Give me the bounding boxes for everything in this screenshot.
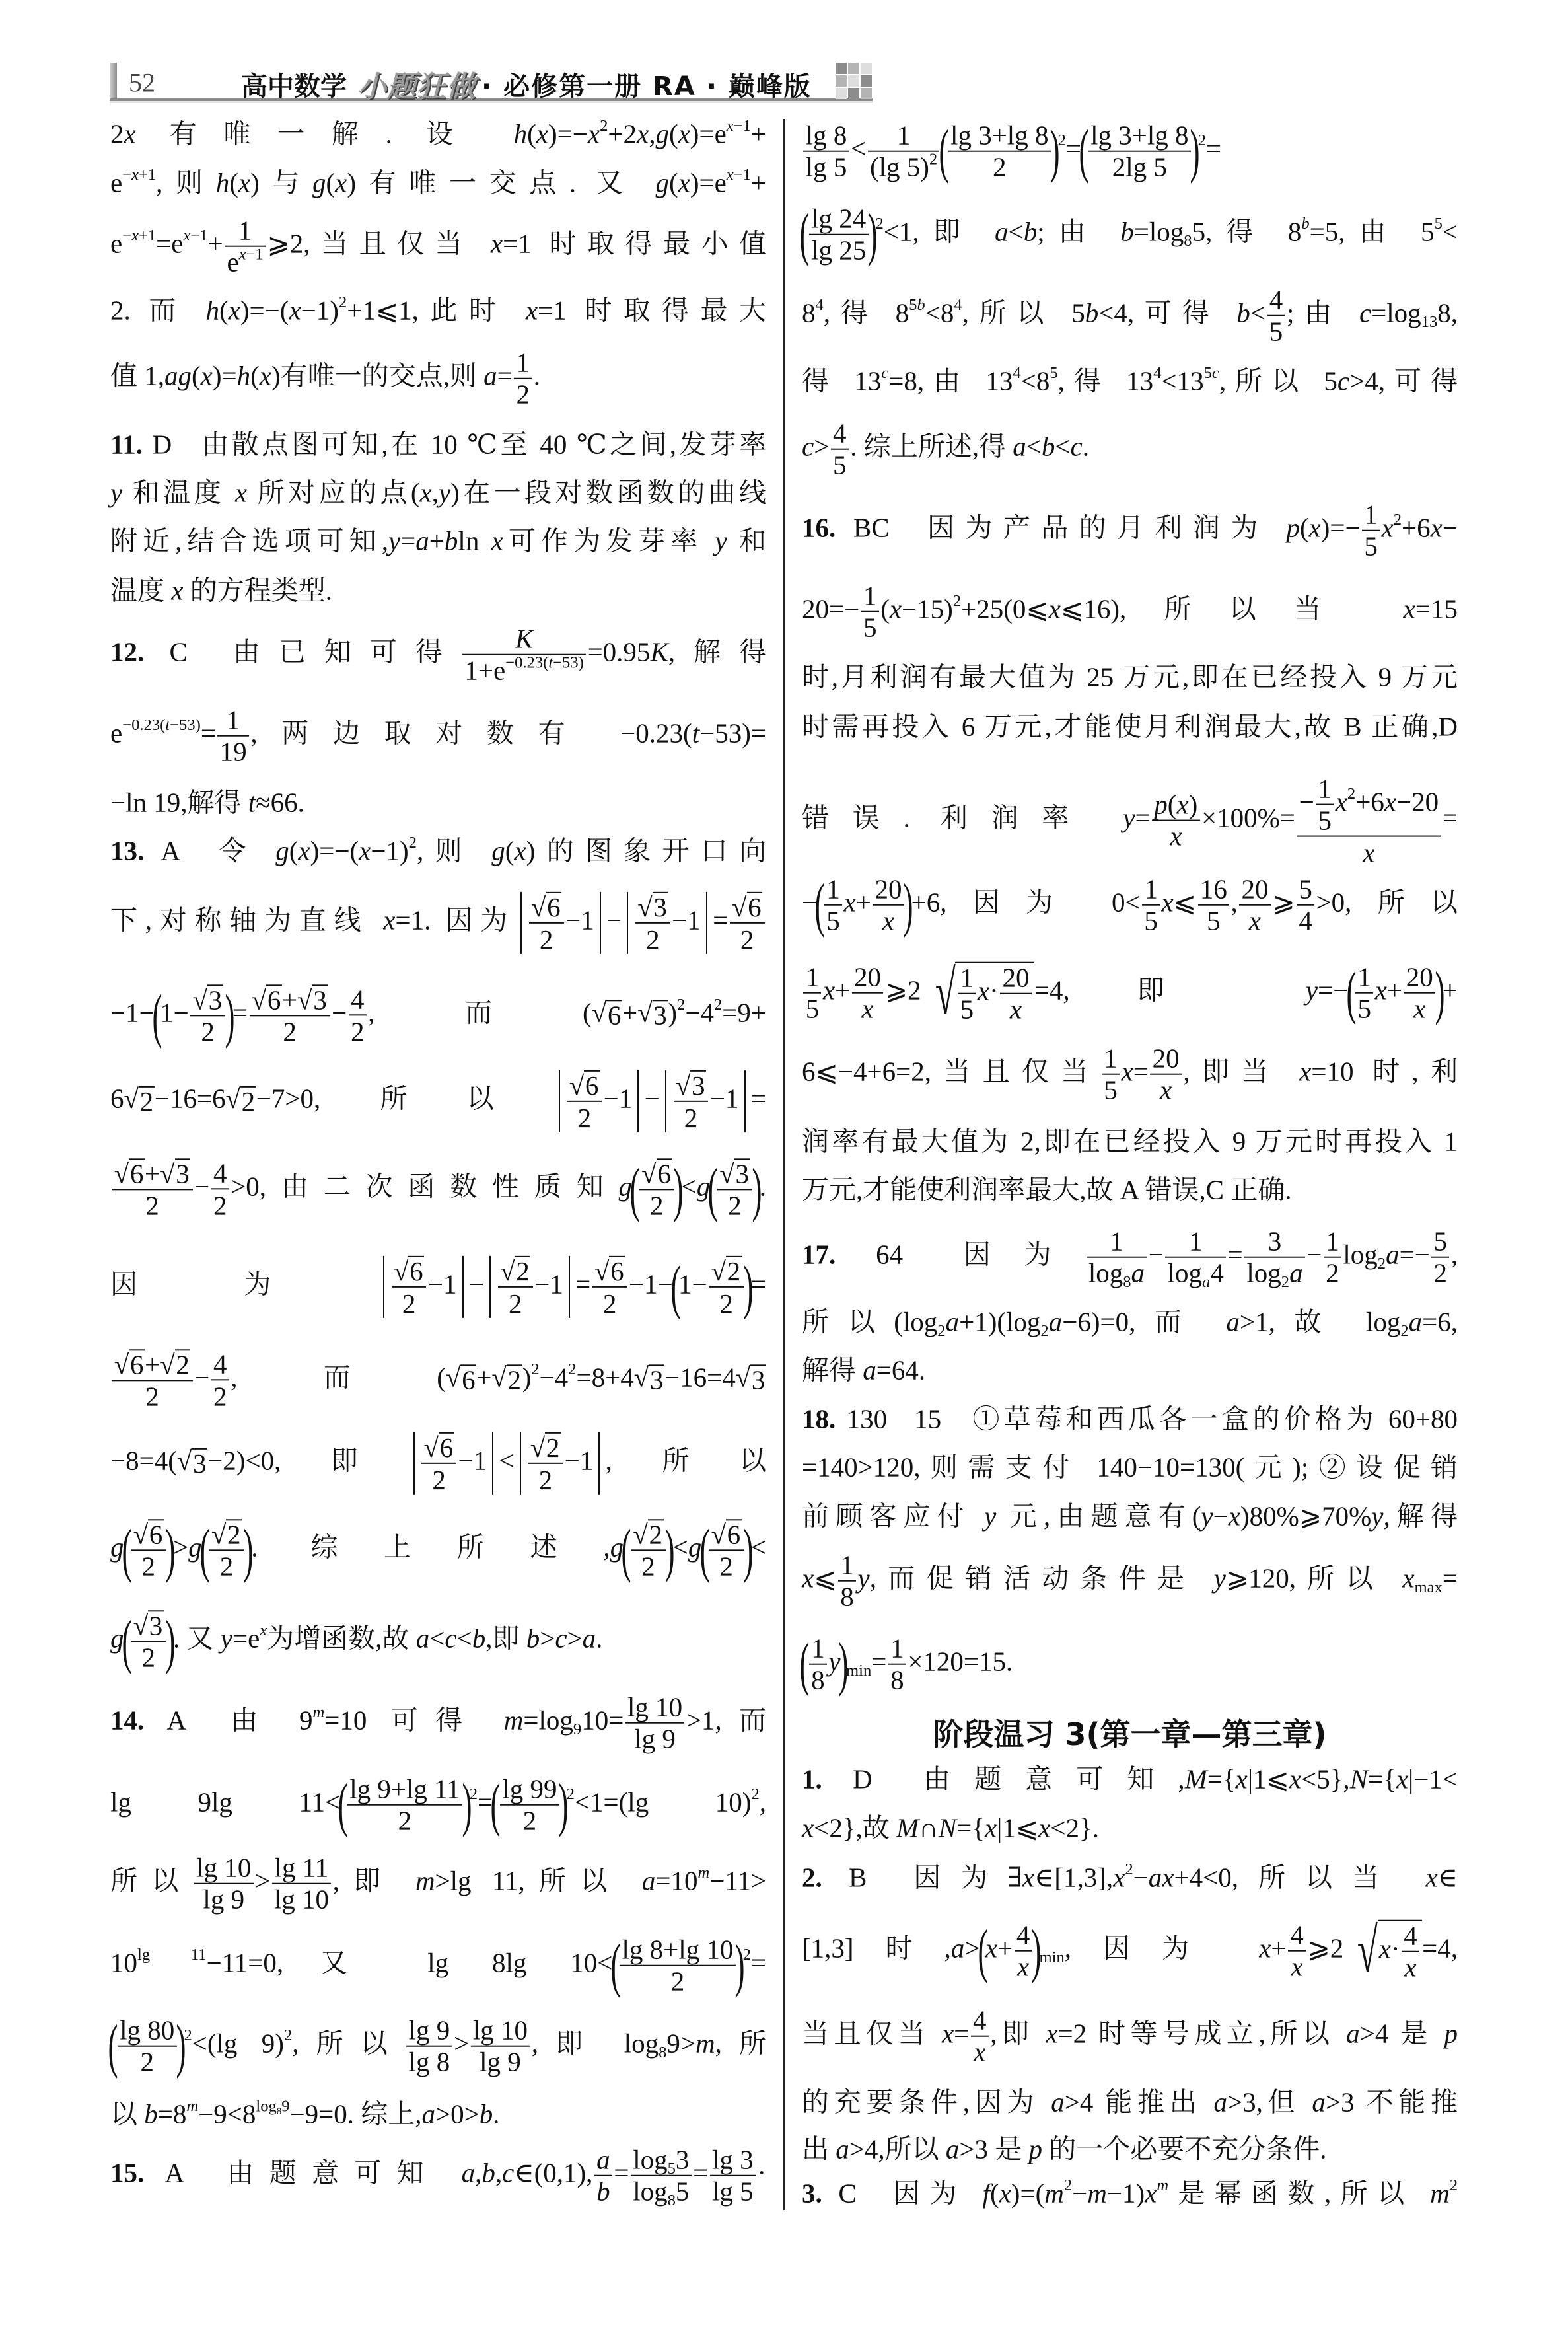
answer-line: 润率有最大值为 2,即在已经投入 9 万元时再投入 1 bbox=[802, 1125, 1458, 1158]
answer-line: 万元,才能使利润率最大,故 A 错误,C 正确. bbox=[802, 1173, 1458, 1206]
answer-line: 时,月利润有最大值为 25 万元,即在已经投入 9 万元 bbox=[802, 660, 1458, 694]
answer-line: 84,得 85b<84,所以 5b<4,可得 b<45;由 c=log138, bbox=[802, 285, 1458, 347]
answer-line: 10lg 11−11=0,又 lg 8lg 10<(lg 8+lg 102)2= bbox=[110, 1935, 766, 1997]
answer-line: −ln 19,解得 t≈66. bbox=[110, 786, 766, 819]
answer-line: 6⩽−4+6=2,当且仅当15x=20x,即当 x=10 时,利 bbox=[802, 1044, 1458, 1105]
answer-line: 时需再投入 6 万元,才能使月利润最大,故 B 正确,D bbox=[802, 710, 1458, 743]
answer-line: 11. D 由散点图可知,在 10 ℃至 40 ℃之间,发芽率 bbox=[110, 427, 766, 461]
answer-line: e−x+1,则h(x)与g(x)有唯一交点. 又 g(x)=ex−1+ bbox=[110, 166, 766, 200]
header-side-bar bbox=[110, 63, 117, 100]
answer-line: 3. C 因为 f(x)=(m2−m−1)xm是幂函数,所以 m2 bbox=[802, 2176, 1458, 2210]
answer-line: √6+√22−42,而(√6+√2)2−42=8+4√3−16=4√3 bbox=[110, 1349, 766, 1411]
column-divider bbox=[783, 119, 785, 2210]
answer-line: 所以(log2a+1)(log2a−6)=0,而 a>1,故 log2a=6, bbox=[802, 1305, 1458, 1339]
answer-line: 16. BC 因为产品的月利润为 p(x)=−15x2+6x− bbox=[802, 500, 1458, 562]
answer-line: 2. B 因为∃x∈[1,3],x2−ax+4<0,所以当 x∈ bbox=[802, 1861, 1458, 1894]
answer-line: −1−(1−√32)=√6+√32−42,而(√6+√3)2−42=9+ bbox=[110, 984, 766, 1046]
decorative-grid-icon bbox=[836, 63, 872, 99]
answer-line: 因为√62−1−√22−1=√62−1−(1−√22)= bbox=[110, 1256, 766, 1318]
answer-line: lg 8lg 5<1(lg 5)2(lg 3+lg 82)2=(lg 3+lg … bbox=[802, 121, 1458, 182]
page-number: 52 bbox=[129, 67, 155, 98]
answer-line: 附近,结合选项可知,y=a+b​ln x可作为发芽率 y 和 bbox=[110, 524, 766, 558]
answer-line: −8=4(√3−2)<0,即√62−1<√22−1,所以 bbox=[110, 1432, 766, 1495]
answer-line: √6+√32−42>0,由二次函数性质知g(√62)<g(√32). bbox=[110, 1158, 766, 1220]
answer-line: g(√32). 又 y=ex为增函数,故 a<c<b,即 b>c>a. bbox=[110, 1610, 766, 1672]
answer-line: 14. A 由 9m=10 可得 m=log910=lg 10lg 9>1,而 bbox=[110, 1693, 766, 1754]
answer-line: 所以lg 10lg 9>lg 11lg 10,即 m>lg 11,所以 a=10… bbox=[110, 1853, 766, 1915]
answer-line: 错误. 利润率 y=p(x)x×100%=−15x2+6x−20x= bbox=[802, 774, 1458, 867]
answer-line: c>45. 综上所述,得 a<b<c. bbox=[802, 419, 1458, 480]
answer-line: 当且仅当 x=4x,即 x=2 时等号成立,所以 a>4 是 p bbox=[802, 2006, 1458, 2067]
book-title: 高中数学 小题狂做 · 必修第一册 RA · 巅峰版 bbox=[241, 63, 812, 105]
answer-line: 前顾客应付 y 元,由题意有(y−x)80%⩾70%y,解得 bbox=[802, 1499, 1458, 1533]
answer-line: (18y)min=18×120=15. bbox=[802, 1634, 1458, 1695]
answer-line: 6√2−16=6√2−7>0,所以√62−1−√32−1= bbox=[110, 1070, 766, 1132]
answer-line: 的充要条件,因为 a>4 能推出 a>3,但 a>3 不能推 bbox=[802, 2085, 1458, 2119]
answer-line: 20=−15(x−15)2+25(0⩽x⩽16),所以当 x=15 bbox=[802, 581, 1458, 643]
book-subject: 高中数学 bbox=[241, 65, 347, 103]
answer-line: y 和温度 x 所对应的点(x,y)在一段对数函数的曲线 bbox=[110, 476, 766, 509]
answer-line: x⩽18y,而促销活动条件是 y⩾120,所以 xmax= bbox=[802, 1551, 1458, 1612]
section-heading: 阶段温习 3(第一章—第三章) bbox=[802, 1711, 1458, 1754]
answer-line: 下,对称轴为直线 x=1. 因为√62−1−√32−1=√62 bbox=[110, 892, 766, 954]
answer-line: 2x 有唯一解. 设 h(x)=−x2+2x,g(x)=ex−1+ bbox=[110, 117, 766, 151]
textbook-page: 52 高中数学 小题狂做 · 必修第一册 RA · 巅峰版 2x 有唯一解. 设… bbox=[0, 0, 1568, 2325]
answer-line: 12. C 由已知可得K1+e−0.23(t−53)=0.95K,解得 bbox=[110, 624, 766, 686]
answer-line: x<2},故 M∩N={x|1⩽x<2}. bbox=[802, 1811, 1458, 1845]
answer-line: 出 a>4,所以 a>3 是 p 的一个必要不充分条件. bbox=[802, 2132, 1458, 2166]
answer-line: (lg 802)2<(lg 9)2,所以lg 9lg 8>lg 10lg 9,即… bbox=[110, 2016, 766, 2077]
answer-line: 18. 130 15 ①草莓和西瓜各一盒的价格为 60+80 bbox=[802, 1402, 1458, 1436]
brand-logo-text: 小题狂做 bbox=[357, 63, 476, 105]
answer-line: 温度 x 的方程类型. bbox=[110, 573, 766, 607]
answer-line: =140>120,则需支付 140−10=130(元);②设促销 bbox=[802, 1450, 1458, 1484]
answer-line: −(15x+20x)+6,因为 0<15x⩽165,20x⩾54>0,所以 bbox=[802, 875, 1458, 936]
answer-line: e−0.23(t−53)=119,两边取对数有 −0.23(t−53)= bbox=[110, 706, 766, 767]
answer-line: [1,3]时,a>(x+4x)min,因为 x+4x⩾2√x·4x=4, bbox=[802, 1920, 1458, 1983]
answer-line: 得 13c=8,由 134<85,得 134<135c,所以 5c>4,可得 bbox=[802, 364, 1458, 398]
answer-line: 1. D 由题意可知,M={x|1⩽x<5},N={x|−1< bbox=[802, 1762, 1458, 1796]
answer-line: 2. 而 h(x)=−(x−1)2+1⩽1,此时 x=1 时取得最大 bbox=[110, 293, 766, 327]
answer-line: 解得 a=64. bbox=[802, 1353, 1458, 1387]
answer-line: 15x+20x⩾2√15x·20x=4,即 y=−(15x+20x)+ bbox=[802, 962, 1458, 1025]
answer-line: g(√62)>g(√22). 综上所述,g(√22)<g(√62)< bbox=[110, 1519, 766, 1580]
answer-line: 15. A 由题意可知 a,b,c∈(0,1),ab=log53log85=lg… bbox=[110, 2145, 766, 2207]
answer-line: 以 b=8m−9<8log89−9=0. 综上,a>0>b. bbox=[110, 2097, 766, 2131]
answer-line: 17. 64 因为1log8a−1loga4=3log2a−12log2a=−5… bbox=[802, 1227, 1458, 1288]
answer-line: 13. A 令 g(x)=−(x−1)2,则 g(x)的图象开口向 bbox=[110, 834, 766, 867]
answer-line: lg 9lg 11<(lg 9+lg 112)2=(lg 992)2<1=(lg… bbox=[110, 1775, 766, 1836]
answer-line: 值 1,ag(x)=h(x)有唯一的交点,则 a=12. bbox=[110, 348, 766, 410]
answer-line: e−x+1=ex−1+1ex−1⩾2,当且仅当 x=1 时取得最小值 bbox=[110, 216, 766, 277]
answer-line: (lg 24lg 25)2<1,即 a<b;由 b=log85,得 8b=5,由… bbox=[802, 204, 1458, 266]
edition-label: · 必修第一册 RA · 巅峰版 bbox=[481, 65, 812, 103]
